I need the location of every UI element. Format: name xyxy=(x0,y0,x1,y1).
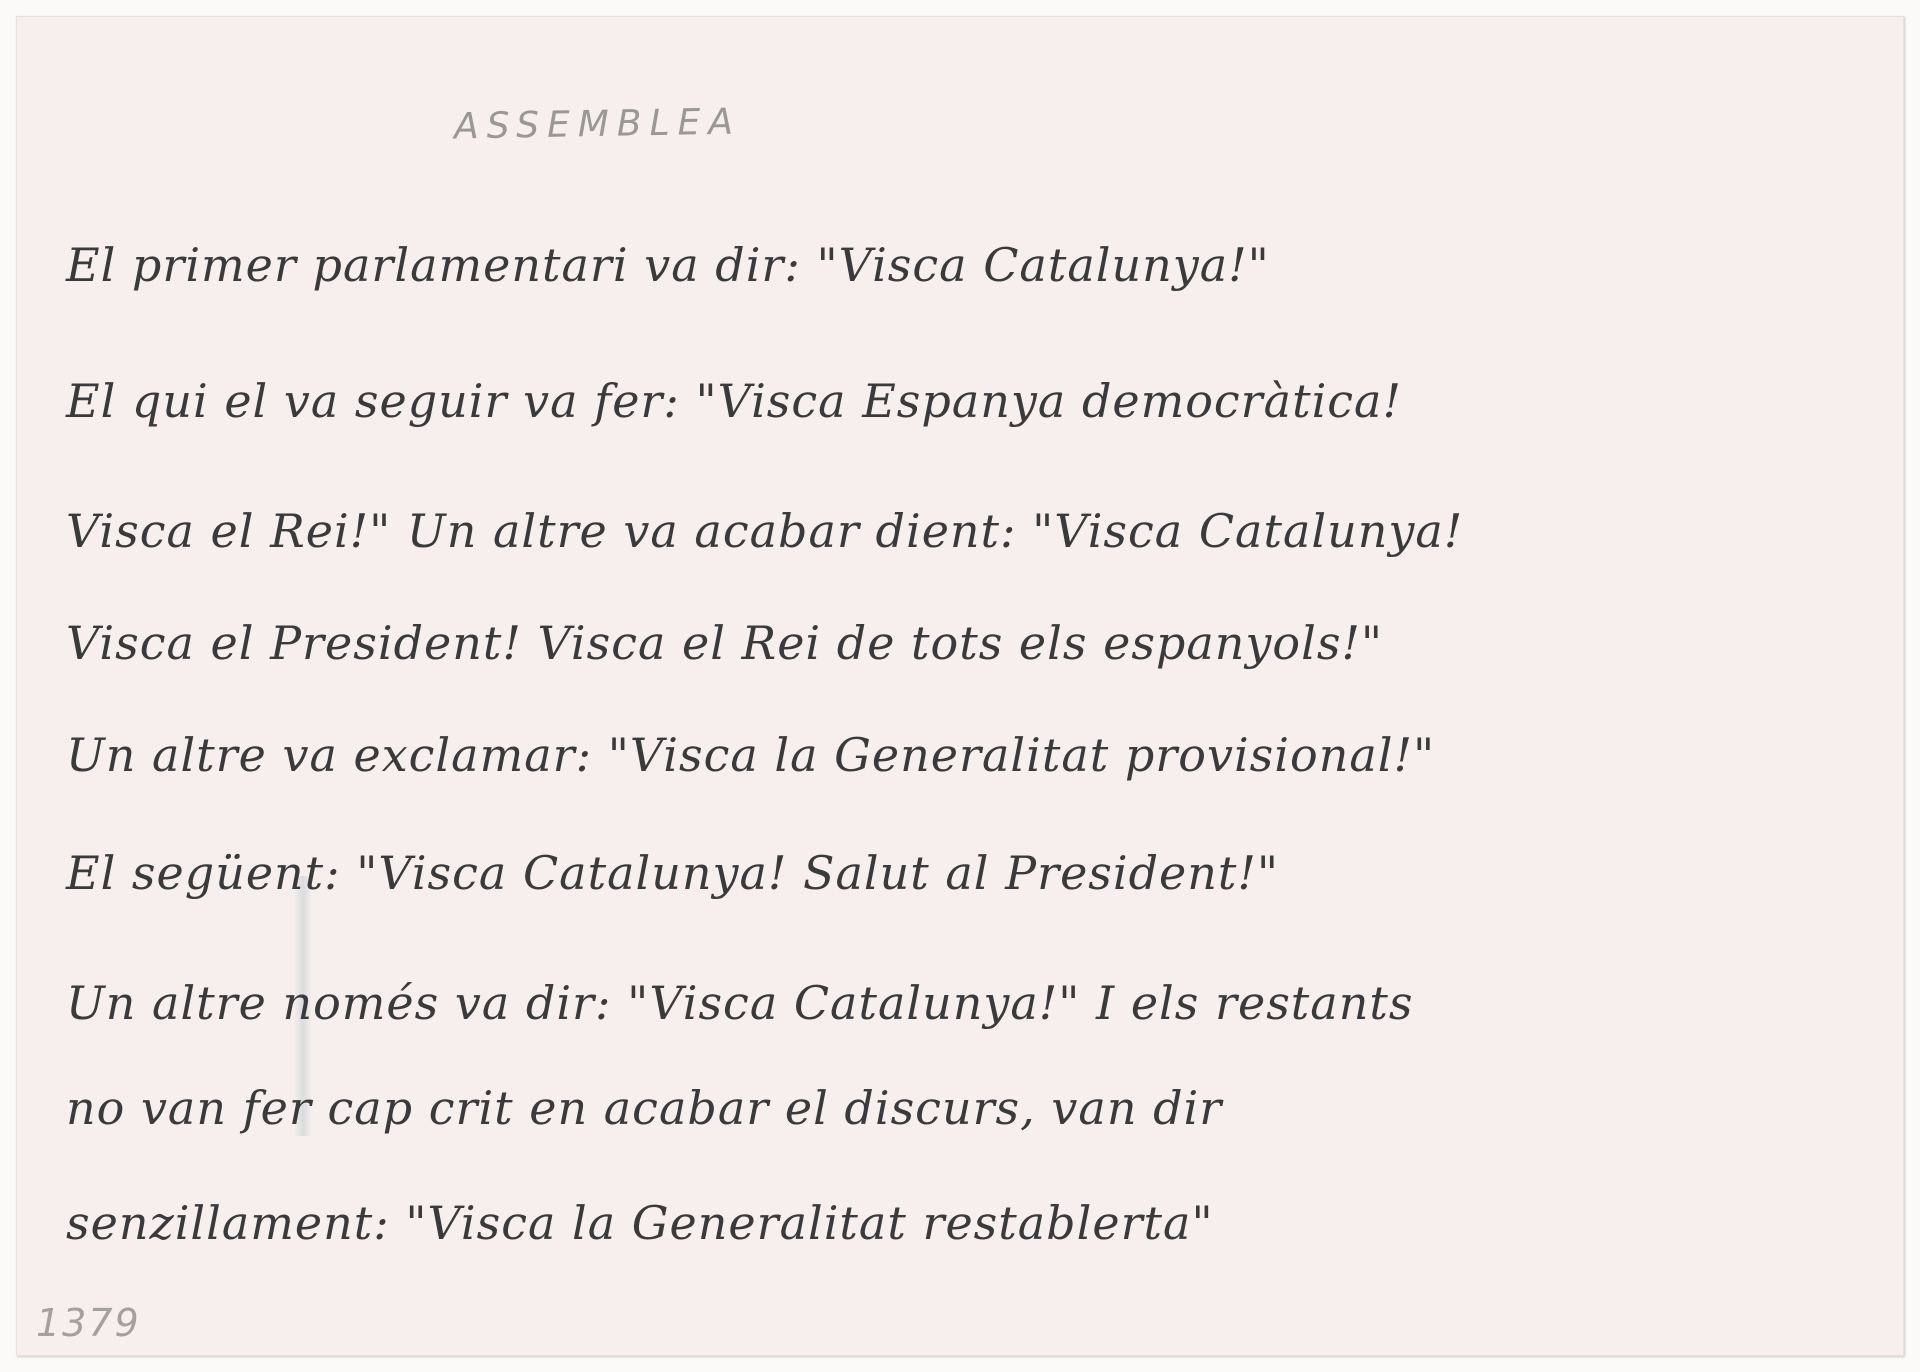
text-line-2: El qui el va seguir va fer: "Visca Espan… xyxy=(66,374,1402,428)
text-line-7: Un altre només va dir: "Visca Catalunya!… xyxy=(66,976,1413,1030)
document-heading: ASSEMBLEA xyxy=(454,101,742,147)
text-line-1: El primer parlamentari va dir: "Visca Ca… xyxy=(66,238,1270,292)
text-line-5: Un altre va exclamar: "Visca la Generali… xyxy=(66,728,1435,782)
text-line-6: El següent: "Visca Catalunya! Salut al P… xyxy=(66,846,1279,900)
text-line-4: Visca el President! Visca el Rei de tots… xyxy=(66,616,1383,670)
manuscript-sheet: ASSEMBLEA El primer parlamentari va dir:… xyxy=(16,16,1904,1356)
archive-number-note: 1379 xyxy=(36,1301,141,1345)
text-line-3: Visca el Rei!" Un altre va acabar dient:… xyxy=(66,504,1463,558)
text-line-9: senzillament: "Visca la Generalitat rest… xyxy=(66,1196,1214,1250)
text-line-8: no van fer cap crit en acabar el discurs… xyxy=(66,1081,1222,1135)
